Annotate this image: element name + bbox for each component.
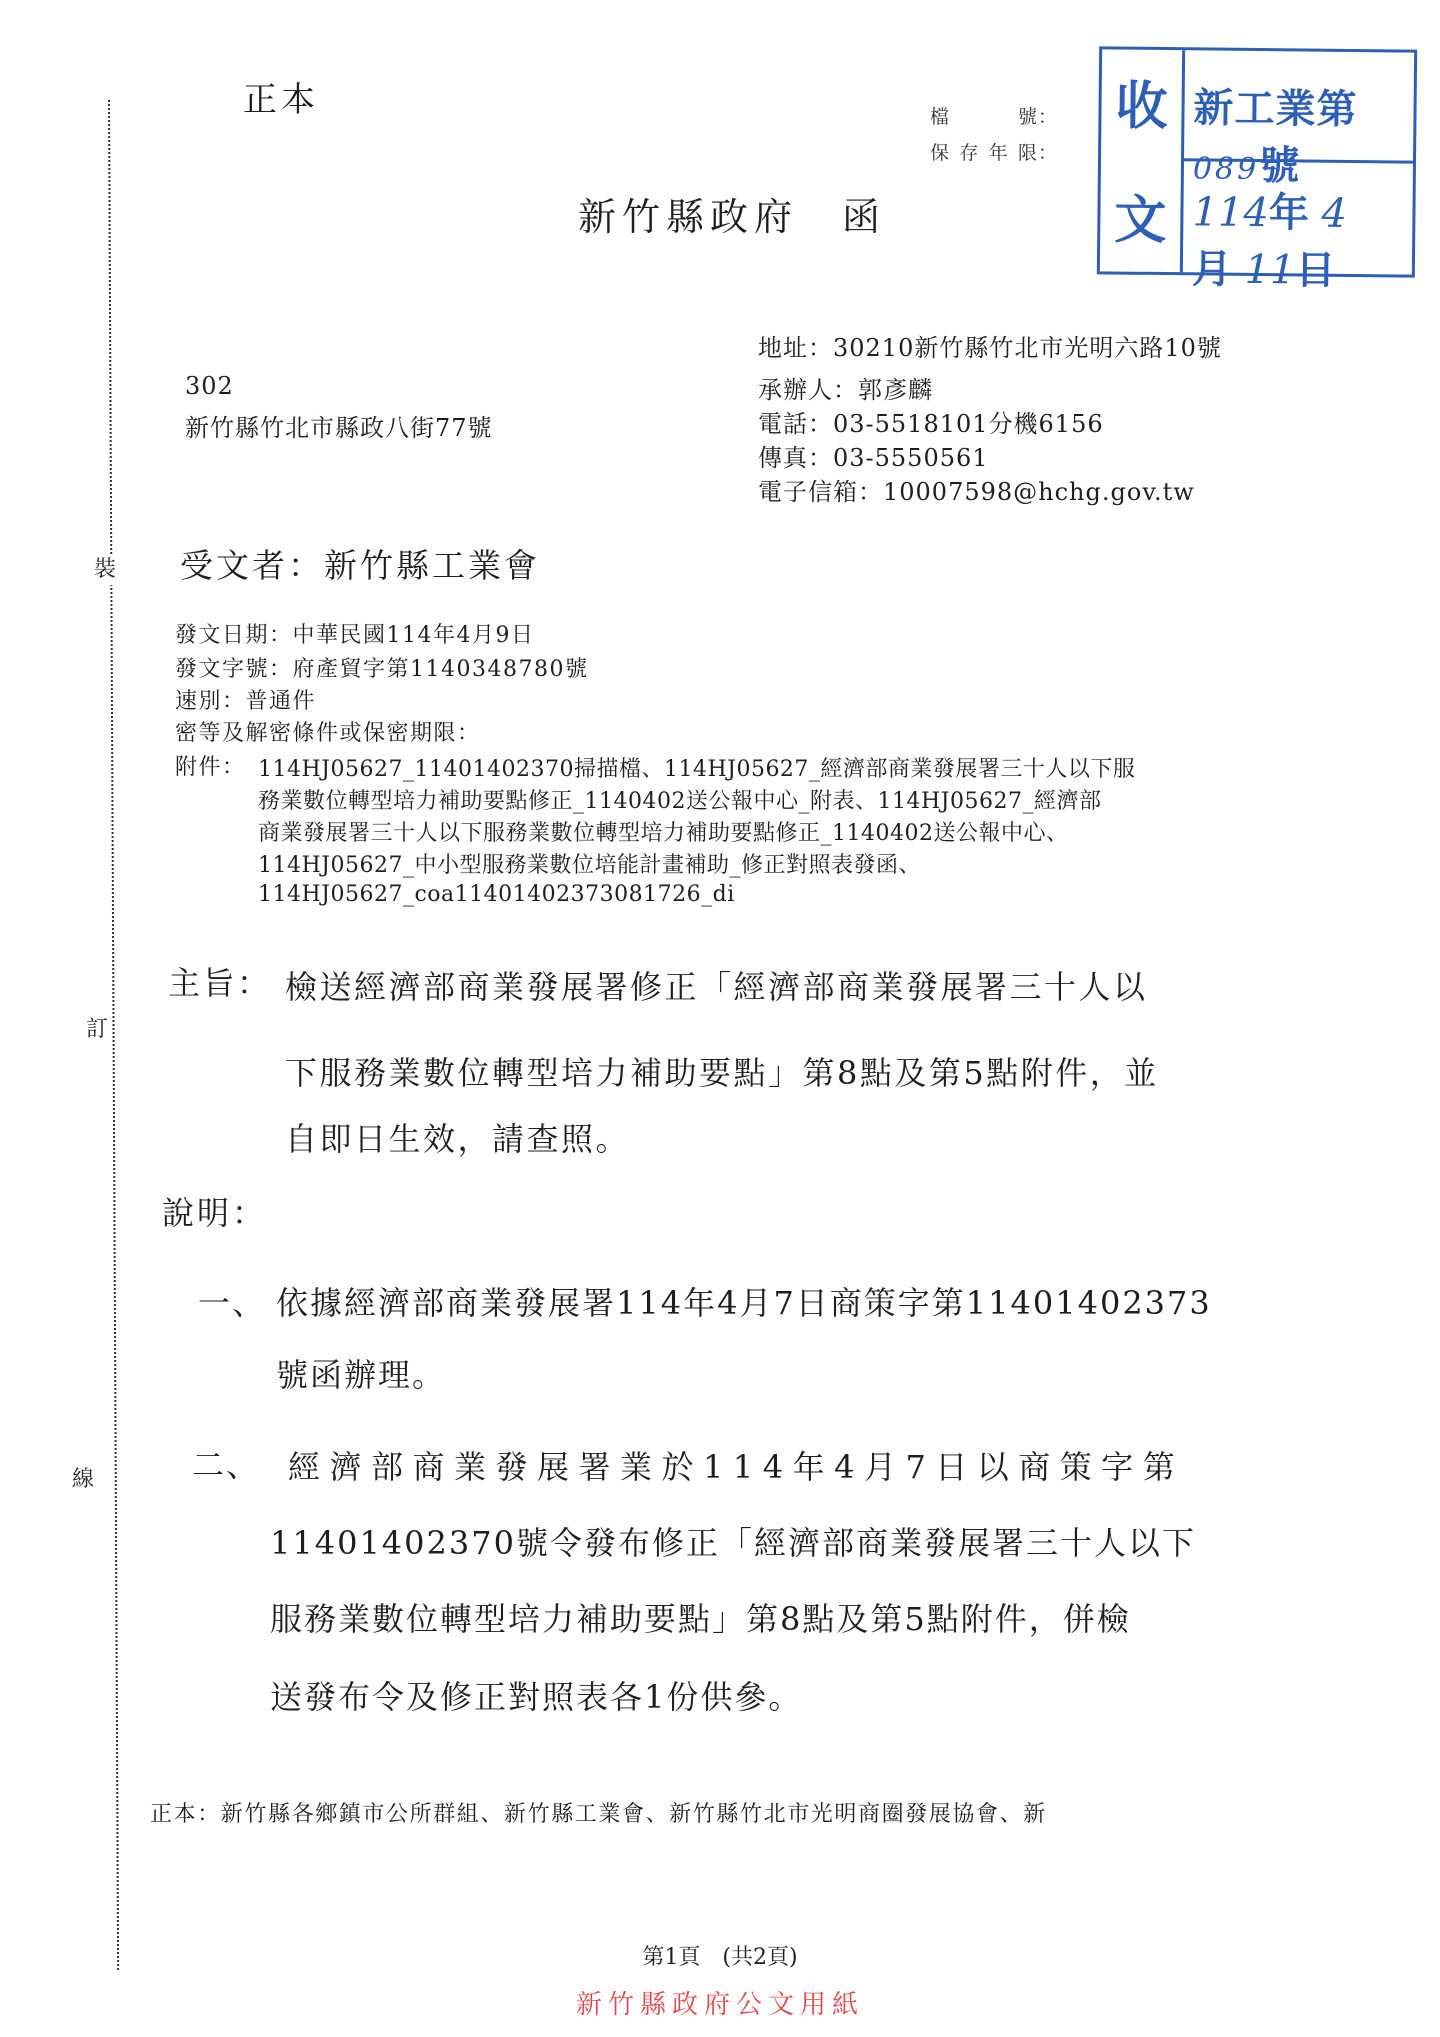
recipient: 受文者：新竹縣工業會 (180, 540, 540, 587)
subject-line: 檢送經濟部商業發展署修正「經濟部商業發展署三十人以 (285, 962, 1148, 1008)
attachment-line: 務業數位轉型培力補助要點修正_1140402送公報中心_附表、114HJ0562… (258, 784, 1101, 815)
binding-line (108, 100, 119, 1970)
attachment-line: 114HJ05627_coa11401402373081726_di (258, 882, 735, 907)
explanation-item-marker: 二、 (192, 1440, 260, 1486)
binding-char-xian: 線 (72, 1465, 94, 1495)
security-level: 密等及解密條件或保密期限： (175, 716, 481, 747)
explanation-label: 說明： (162, 1188, 267, 1234)
retention-row: 保存年限： (930, 138, 1058, 165)
explanation-item-marker: 一、 (198, 1278, 266, 1324)
attachments-label: 附件： (175, 750, 246, 781)
issue-date: 發文日期：中華民國114年4月9日 (175, 618, 535, 649)
sender-phone: 電話：03-5518101分機6156 (758, 404, 1104, 439)
file-number-row: 檔號： (930, 102, 1058, 129)
document-title: 新竹縣政府函 (578, 186, 886, 241)
stamp-left-column: 收 文 (1100, 49, 1185, 272)
attachment-line: 114HJ05627_11401402370掃描檔、114HJ05627_經濟部… (258, 752, 1135, 783)
file-number-label: 檔號 (930, 102, 1038, 129)
subject-line: 自即日生效，請查照。 (285, 1114, 630, 1160)
attachment-line: 114HJ05627_中小型服務業數位培能計畫補助_修正對照表發函、 (258, 848, 921, 879)
stamp-number: 新工業第089號 (1193, 76, 1414, 192)
subject-line: 下服務業數位轉型培力補助要點」第8點及第5點附件，並 (285, 1048, 1159, 1094)
attachment-line: 商業發展署三十人以下服務業數位轉型培力補助要點修正_1140402送公報中心、 (258, 816, 1068, 847)
sender-handler: 承辦人：郭彥麟 (758, 370, 933, 405)
recipient-street-address: 新竹縣竹北市縣政八街77號 (185, 408, 493, 443)
document-kind: 函 (842, 195, 886, 239)
binding-char-zhuang: 裝 (94, 555, 116, 585)
explanation-item-line: 11401402370號令發布修正「經濟部商業發展署三十人以下 (270, 1518, 1196, 1564)
binding-char-ding: 訂 (86, 1015, 108, 1045)
explanation-item-line: 依據經濟部商業發展署114年4月7日商策字第11401402373 (276, 1278, 1212, 1324)
sender-fax: 傳真：03-5550561 (758, 438, 989, 473)
received-stamp: 收 文 新工業第089號 114年 4月 11日 (1097, 46, 1417, 277)
copy-label: 正本 (243, 72, 319, 121)
explanation-item-line: 服務業數位轉型培力補助要點」第8點及第5點附件，併檢 (270, 1594, 1131, 1640)
page-indicator: 第1頁 (共2頁) (0, 1940, 1440, 1971)
stamp-char-receive: 收 (1101, 63, 1182, 139)
distribution-list: 正本：新竹縣各鄉鎮市公所群組、新竹縣工業會、新竹縣竹北市光明商圈發展協會、新 (150, 1797, 1047, 1828)
explanation-item-line: 經濟部商業發展署業於114年4月7日以商策字第 (288, 1442, 1184, 1488)
sender-address: 地址：30210新竹縣竹北市光明六路10號 (758, 328, 1222, 363)
explanation-item-line: 送發布令及修正對照表各1份供參。 (270, 1672, 802, 1718)
stamp-date: 114年 4月 11日 (1192, 180, 1413, 296)
explanation-item-line: 號函辦理。 (276, 1350, 446, 1396)
sender-email: 電子信箱：10007598@hchg.gov.tw (758, 472, 1195, 507)
recipient-postal-code: 302 (185, 372, 234, 400)
delivery-speed: 速別：普通件 (175, 684, 316, 715)
document-number: 發文字號：府產貿字第1140348780號 (175, 652, 588, 683)
stamp-char-document: 文 (1100, 177, 1181, 253)
official-paper-mark: 新竹縣政府公文用紙 (0, 1984, 1440, 2021)
retention-label: 保存年限 (930, 138, 1038, 165)
subject-label: 主旨： (168, 958, 272, 1004)
issuing-org: 新竹縣政府 (578, 195, 798, 239)
